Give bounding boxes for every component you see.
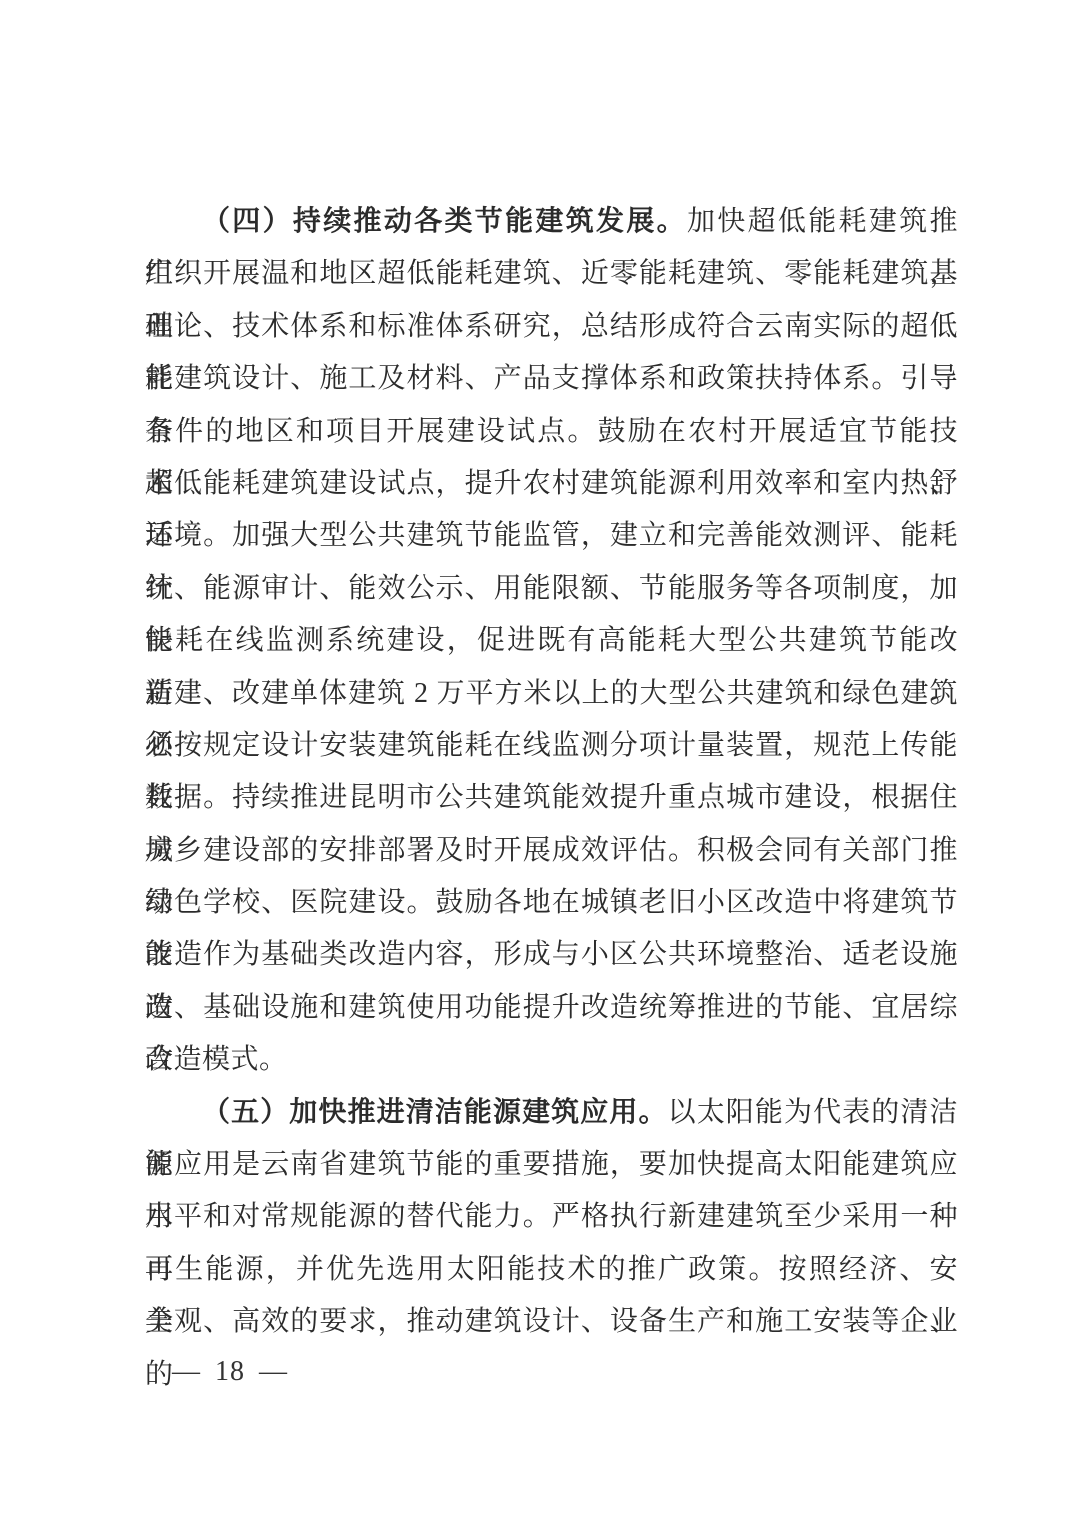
text-line: （五）加快推进清洁能源建筑应用。以太阳能为代表的清洁能 bbox=[145, 1087, 958, 1139]
text-line: 环境。加强大型公共建筑节能监管，建立和完善能效测评、能耗统 bbox=[145, 510, 958, 562]
text-line: 耗建筑设计、施工及材料、产品支撑体系和政策扶持体系。引导有 bbox=[145, 353, 958, 405]
page-number: — 18 — bbox=[172, 1356, 288, 1387]
document-body: （四）持续推动各类节能建筑发展。加快超低能耗建筑推广，组织开展温和地区超低能耗建… bbox=[145, 196, 958, 1349]
text-line: 数据。持续推进昆明市公共建筑能效提升重点城市建设，根据住房 bbox=[145, 772, 958, 824]
text-line: 计、能源审计、能效公示、用能限额、节能服务等各项制度，加快 bbox=[145, 563, 958, 615]
line-text: 改造模式。 bbox=[145, 1044, 288, 1075]
text-line: 能耗在线监测系统建设，促进既有高能耗大型公共建筑节能改造。 bbox=[145, 615, 958, 667]
text-line: （四）持续推动各类节能建筑发展。加快超低能耗建筑推广， bbox=[145, 196, 958, 248]
text-line: 条件的地区和项目开展建设试点。鼓励在农村开展适宜节能技术、 bbox=[145, 406, 958, 458]
document-page: （四）持续推动各类节能建筑发展。加快超低能耗建筑推广，组织开展温和地区超低能耗建… bbox=[0, 0, 1080, 1527]
section-heading: （五）加快推进清洁能源建筑应用。 bbox=[202, 1097, 668, 1128]
section-5-paragraph: （五）加快推进清洁能源建筑应用。以太阳能为代表的清洁能源应用是云南省建筑节能的重… bbox=[145, 1087, 958, 1349]
text-line: 须按规定设计安装建筑能耗在线监测分项计量装置，规范上传能耗 bbox=[145, 720, 958, 772]
section-heading: （四）持续推动各类节能建筑发展。 bbox=[202, 206, 687, 237]
text-line: 绿色学校、医院建设。鼓励各地在城镇老旧小区改造中将建筑节能 bbox=[145, 877, 958, 929]
text-line: 改造模式。 bbox=[145, 1034, 958, 1086]
text-line: 造、基础设施和建筑使用功能提升改造统筹推进的节能、宜居综合 bbox=[145, 982, 958, 1034]
text-line: 理论、技术体系和标准体系研究，总结形成符合云南实际的超低能 bbox=[145, 301, 958, 353]
text-line: 新建、改建单体建筑 2 万平方米以上的大型公共建筑和绿色建筑必 bbox=[145, 668, 958, 720]
text-line: 超低能耗建筑建设试点，提升农村建筑能源利用效率和室内热舒适 bbox=[145, 458, 958, 510]
text-line: 改造作为基础类改造内容，形成与小区公共环境整治、适老设施改 bbox=[145, 929, 958, 981]
text-line: 城乡建设部的安排部署及时开展成效评估。积极会同有关部门推动 bbox=[145, 825, 958, 877]
text-line: 再生能源，并优先选用太阳能技术的推广政策。按照经济、安全、 bbox=[145, 1244, 958, 1296]
page-footer: — 18 — bbox=[172, 1352, 288, 1392]
text-line: 美观、高效的要求，推动建筑设计、设备生产和施工安装等企业的 bbox=[145, 1296, 958, 1348]
text-line: 组织开展温和地区超低能耗建筑、近零能耗建筑、零能耗建筑基础 bbox=[145, 248, 958, 300]
text-line: 水平和对常规能源的替代能力。严格执行新建建筑至少采用一种可 bbox=[145, 1191, 958, 1243]
text-line: 源应用是云南省建筑节能的重要措施，要加快提高太阳能建筑应用 bbox=[145, 1139, 958, 1191]
section-4-paragraph: （四）持续推动各类节能建筑发展。加快超低能耗建筑推广，组织开展温和地区超低能耗建… bbox=[145, 196, 958, 1087]
